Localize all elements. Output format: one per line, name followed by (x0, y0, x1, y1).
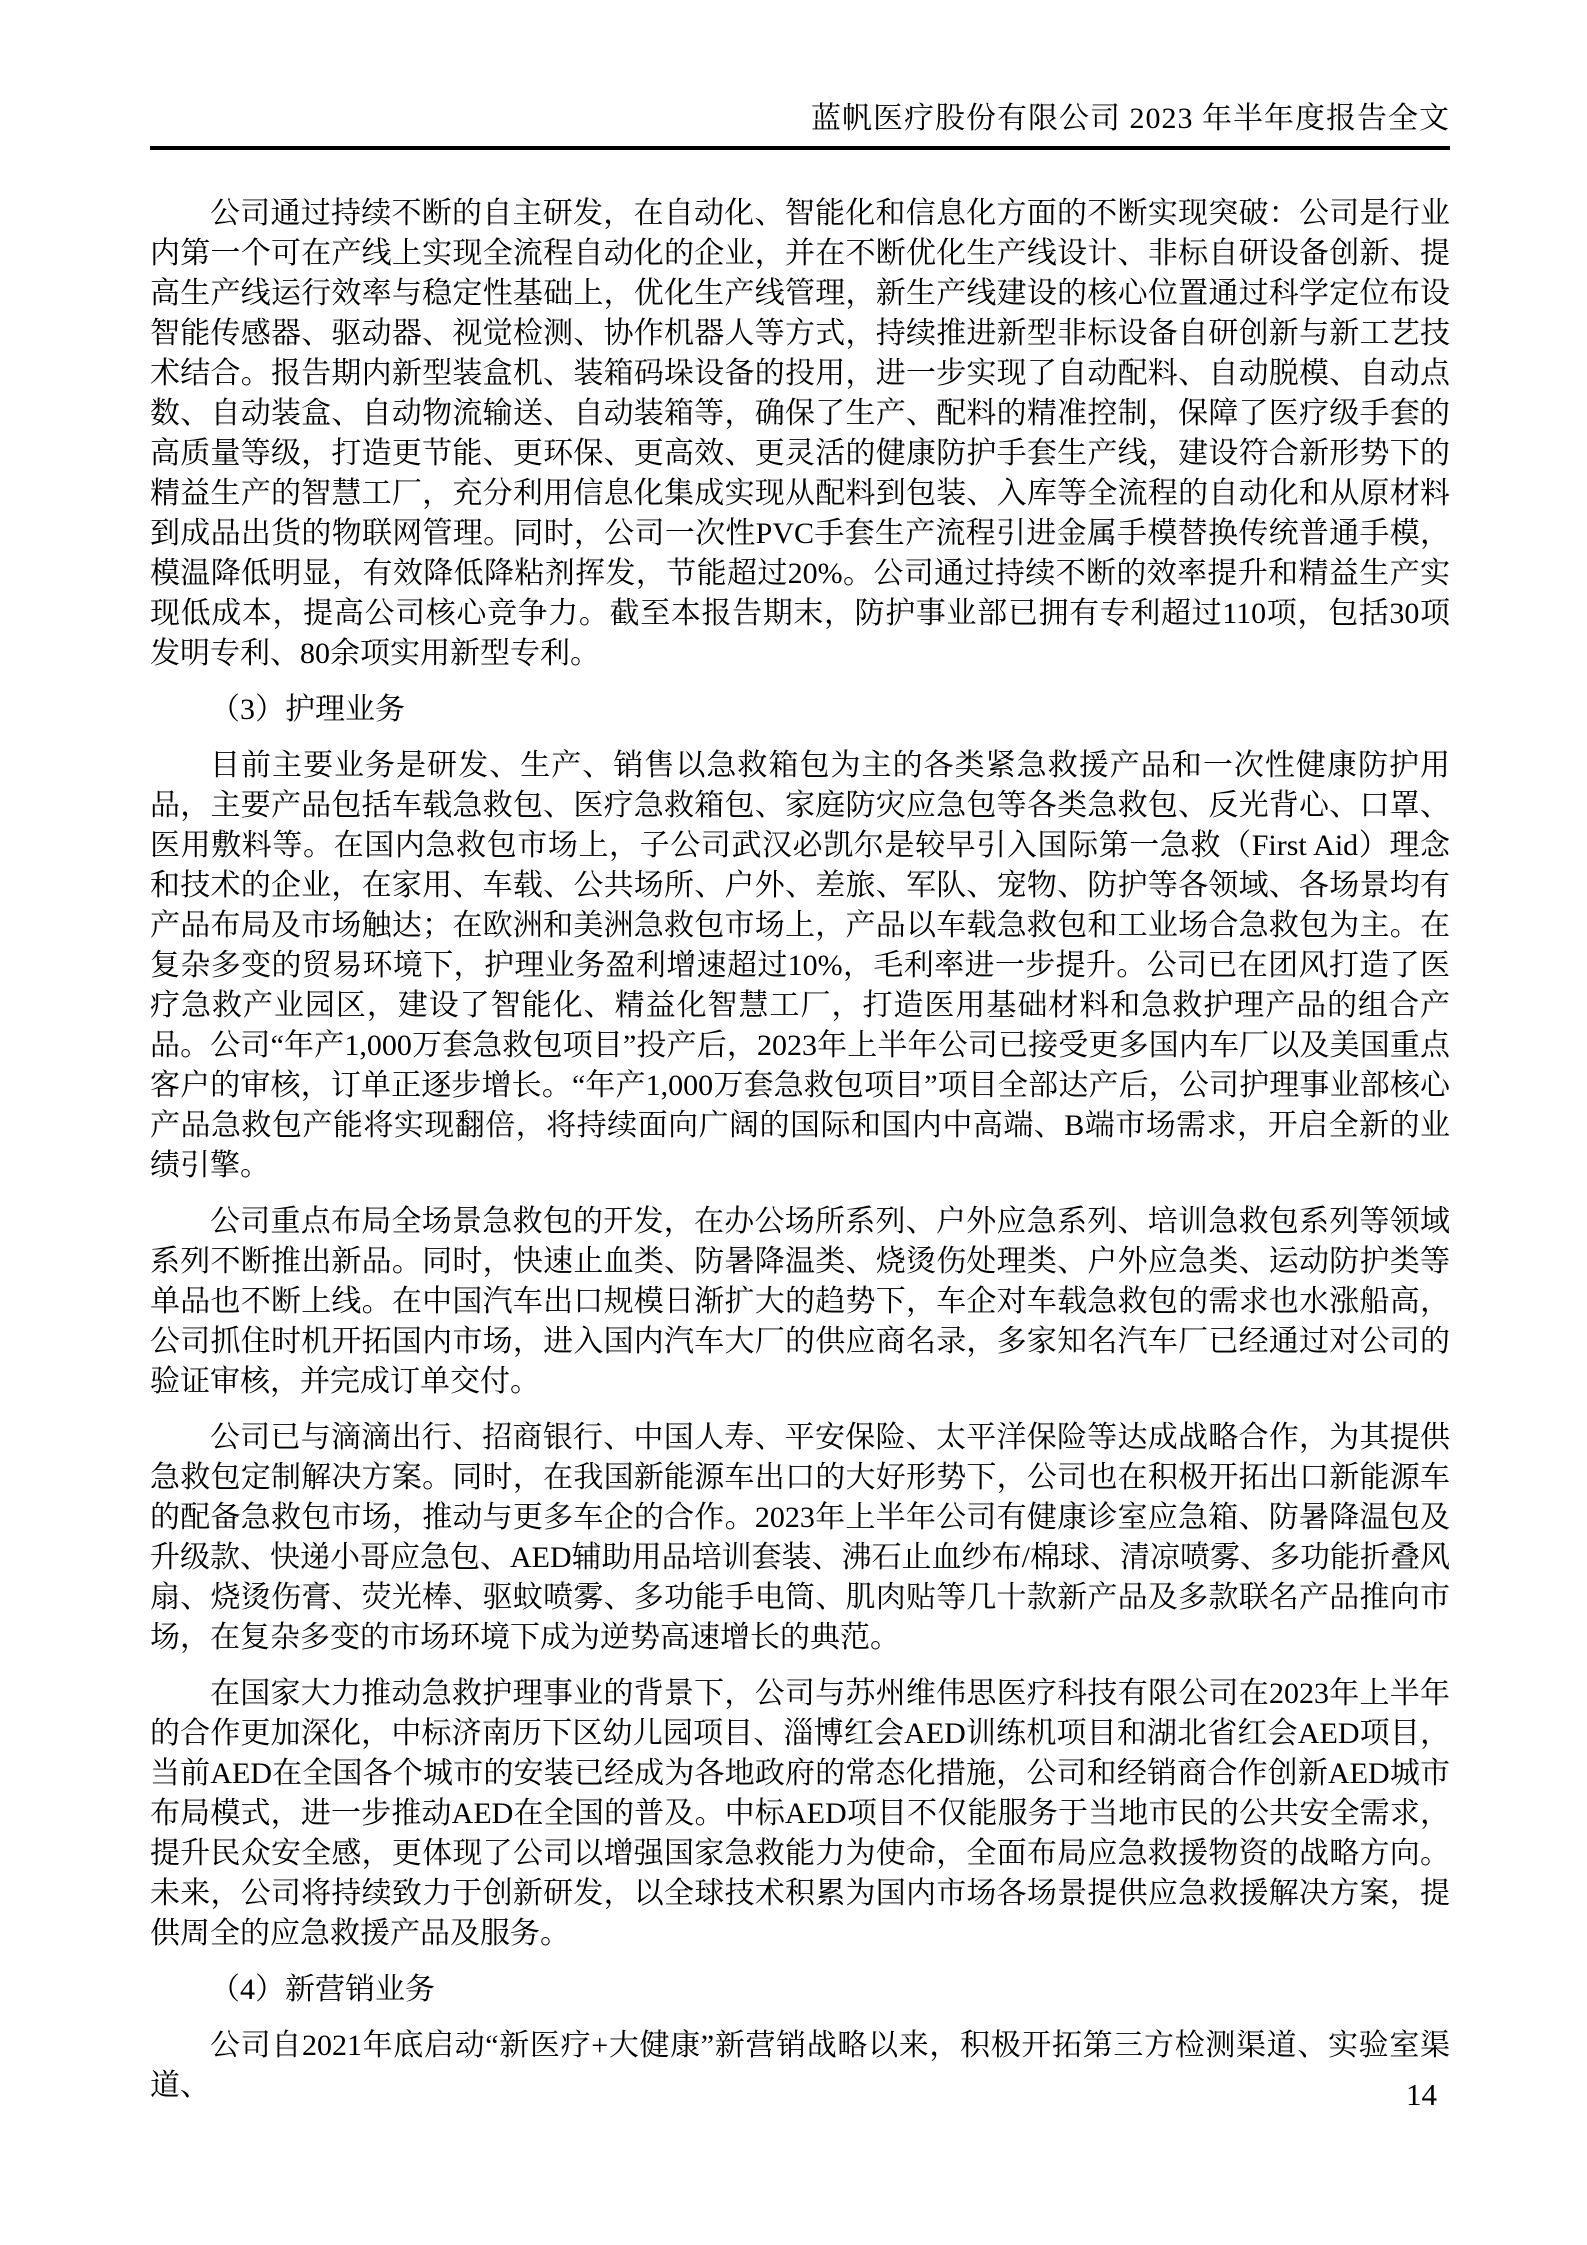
running-header-title: 蓝帆医疗股份有限公司 2023 年半年度报告全文 (150, 0, 1450, 138)
paragraph-new-marketing-intro: 公司自2021年底启动“新医疗+大健康”新营销战略以来，积极开拓第三方检测渠道、… (150, 2026, 1450, 2106)
page-header: 蓝帆医疗股份有限公司 2023 年半年度报告全文 (150, 0, 1450, 150)
page-number: 14 (1406, 2077, 1437, 2112)
report-body: 公司通过持续不断的自主研发，在自动化、智能化和信息化方面的不断实现突破：公司是行… (150, 178, 1450, 2122)
paragraph-strategic-partnerships: 公司已与滴滴出行、招商银行、中国人寿、平安保险、太平洋保险等达成战略合作，为其提… (150, 1418, 1450, 1658)
page-footer: 14 (1406, 2078, 1437, 2112)
report-page: 蓝帆医疗股份有限公司 2023 年半年度报告全文 公司通过持续不断的自主研发，在… (0, 0, 1587, 2245)
heading-nursing-business: （3）护理业务 (150, 690, 1450, 730)
paragraph-automation-rnd: 公司通过持续不断的自主研发，在自动化、智能化和信息化方面的不断实现突破：公司是行… (150, 194, 1450, 674)
paragraph-nursing-overview: 目前主要业务是研发、生产、销售以急救箱包为主的各类紧急救援产品和一次性健康防护用… (150, 746, 1450, 1186)
paragraph-first-aid-kit-development: 公司重点布局全场景急救包的开发，在办公场所系列、户外应急系列、培训急救包系列等领… (150, 1202, 1450, 1402)
header-rule (150, 146, 1450, 150)
paragraph-aed-projects: 在国家大力推动急救护理事业的背景下，公司与苏州维伟思医疗科技有限公司在2023年… (150, 1674, 1450, 1954)
heading-new-marketing-business: （4）新营销业务 (150, 1970, 1450, 2010)
